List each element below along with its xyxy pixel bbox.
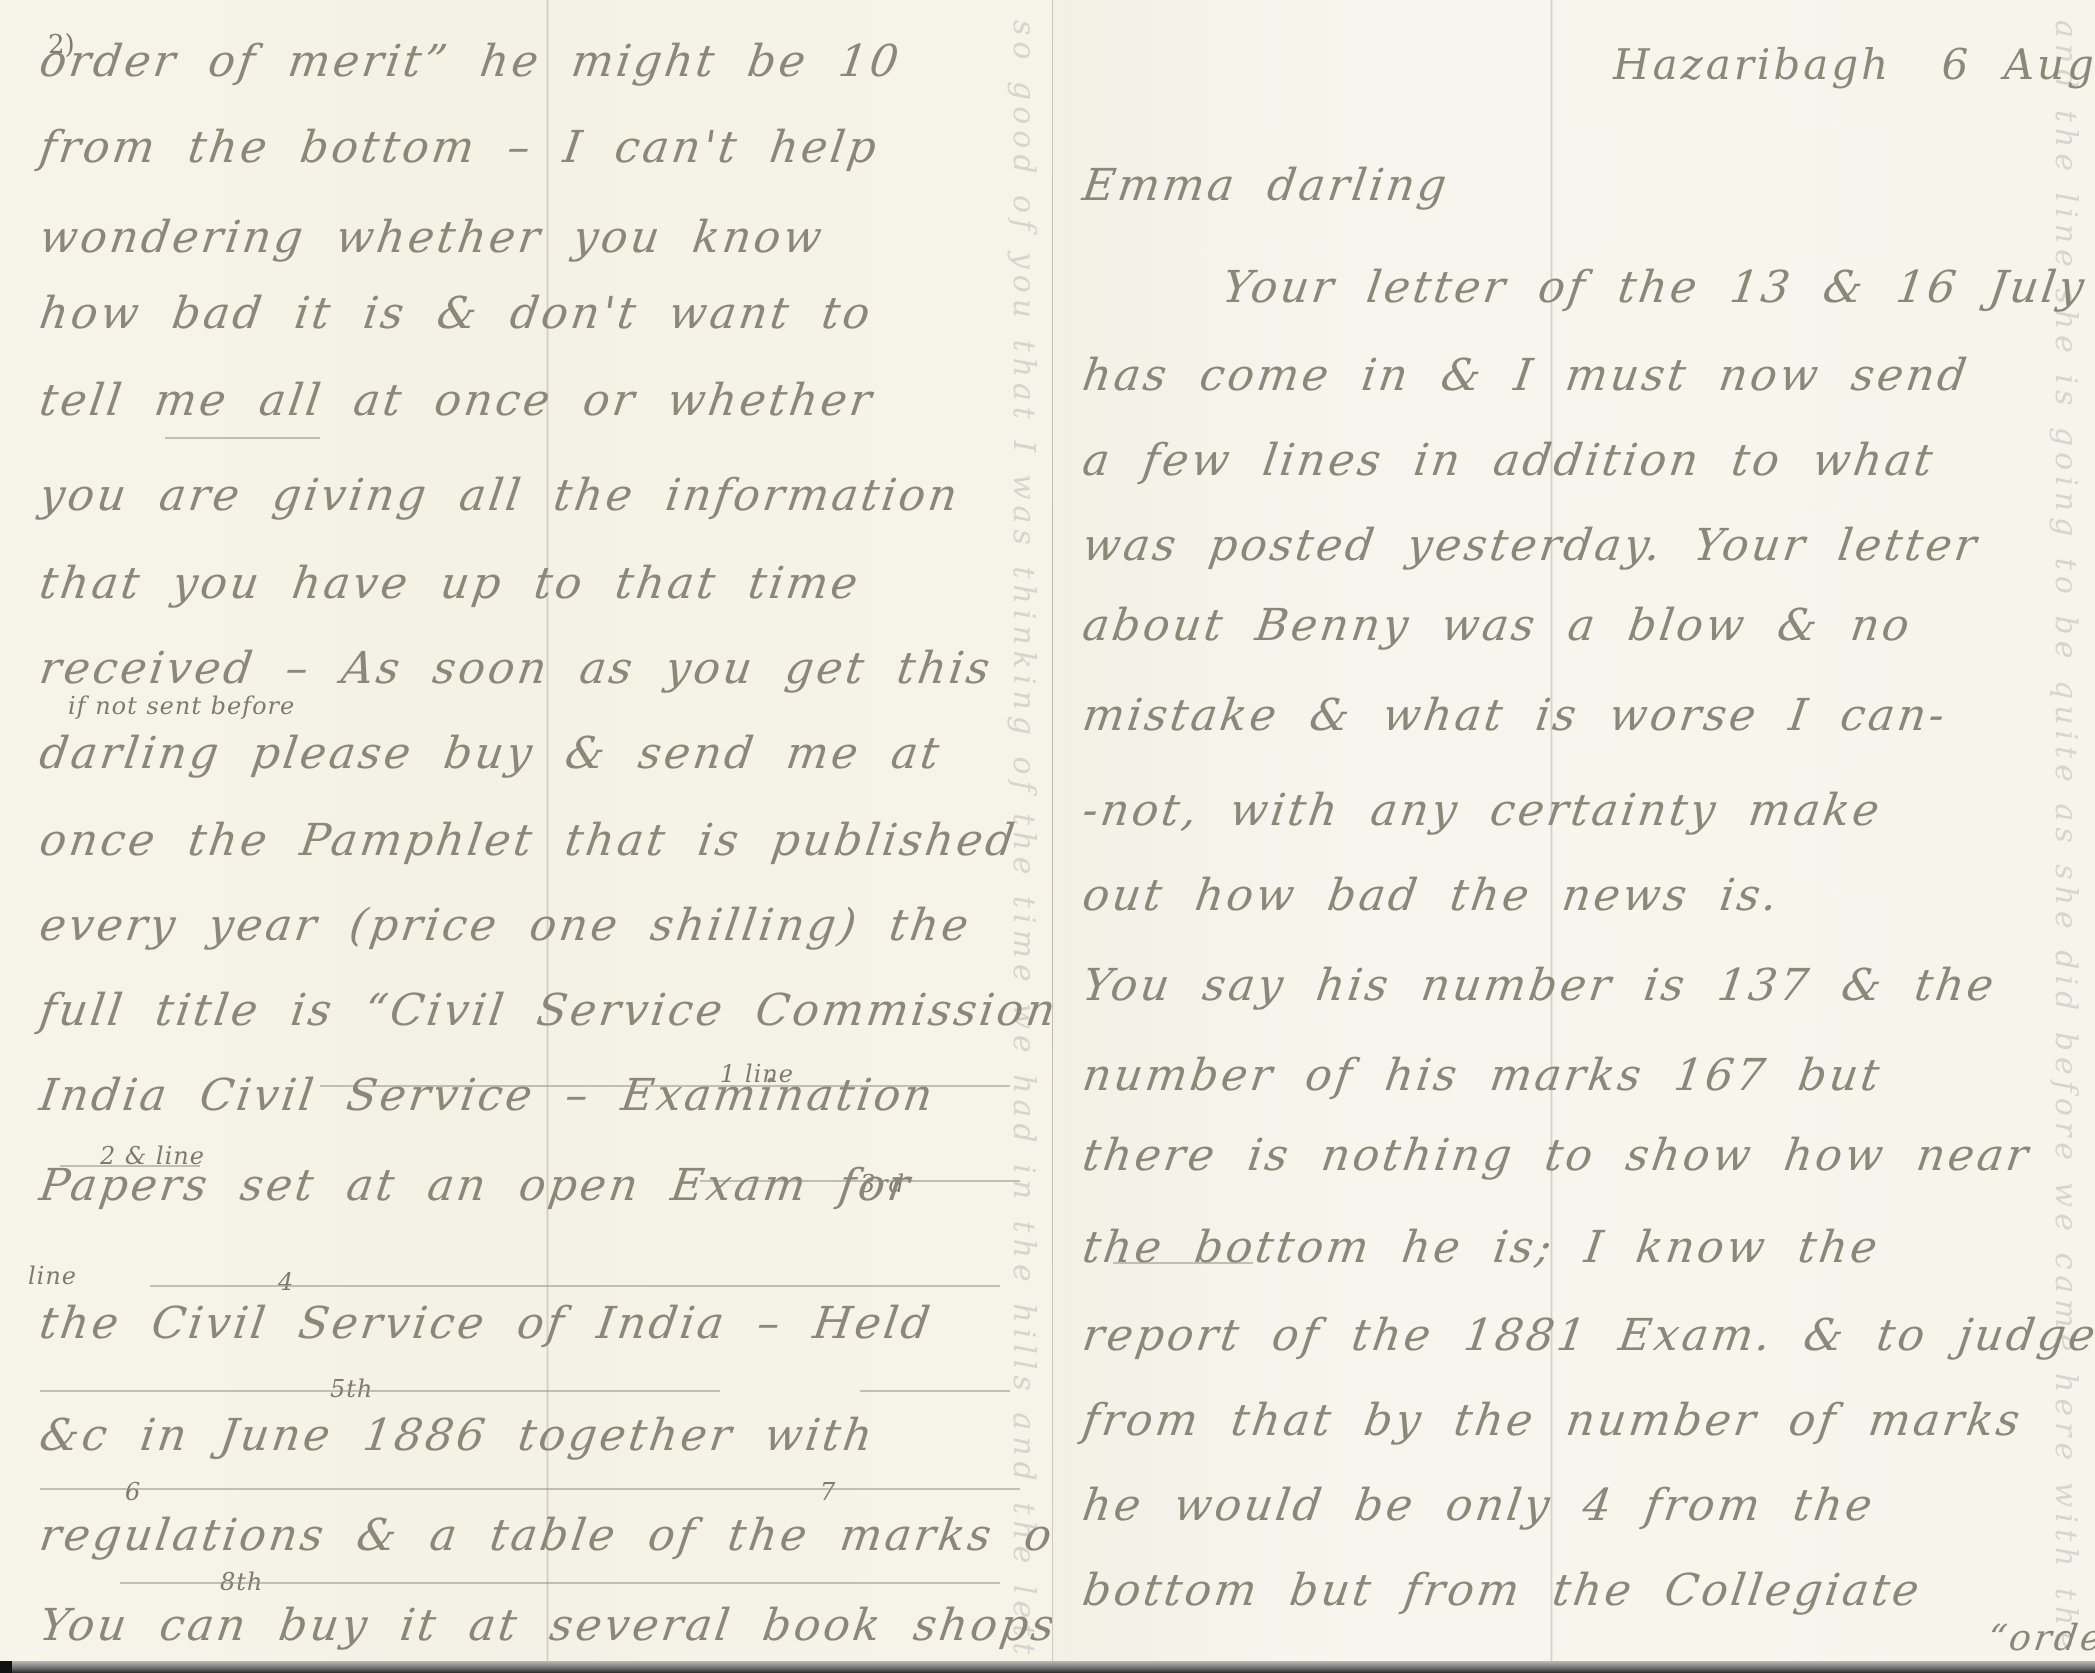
right-line-11: there is nothing to show how near — [1079, 1130, 2034, 1181]
left-line-2: from the bottom – I can't help — [36, 122, 882, 173]
rule-line-14 — [150, 1285, 1000, 1287]
right-line-3: a few lines in addition to what — [1079, 435, 1938, 486]
left-line-5: tell me all at once or whether — [36, 375, 877, 426]
letter-page-right: and the line she is going to be quite as… — [1053, 0, 2095, 1663]
rule-line-16 — [40, 1488, 1020, 1490]
right-page-text: Hazaribagh 6 Aug 86 Emma darling Your le… — [1053, 0, 2095, 1663]
right-line-16: bottom but from the Collegiate — [1079, 1565, 1925, 1616]
rule-line-15b — [860, 1390, 1010, 1392]
left-line-1: order of merit” he might be 10 — [36, 36, 904, 87]
left-line-9: darling please buy & send me at — [36, 728, 945, 779]
right-line-15: he would be only 4 from the — [1079, 1480, 1878, 1531]
salutation: Emma darling — [1079, 160, 1452, 211]
left-line-12: full title is “Civil Service Commission — [36, 985, 1053, 1036]
left-line-14: Papers set at an open Exam for — [36, 1160, 915, 1211]
letter-date: 6 Aug 86 — [1942, 40, 2095, 89]
right-line-10: number of his marks 167 but — [1079, 1050, 1885, 1101]
left-line-17: regulations & a table of the marks obtai… — [36, 1510, 1053, 1561]
interlinear-line-margin: line — [28, 1262, 77, 1290]
right-line-12: the bottom he is; I know the — [1079, 1222, 1883, 1273]
left-line-18: You can buy it at several book shops — [36, 1600, 1053, 1651]
left-line-8: received – As soon as you get this — [36, 643, 995, 694]
letter-header: Hazaribagh 6 Aug 86 — [1613, 40, 2095, 89]
right-line-1: Your letter of the 13 & 16 July — [1219, 262, 2090, 313]
left-line-13: India Civil Service – Examination — [36, 1070, 938, 1121]
left-line-11: every year (price one shilling) the — [36, 900, 974, 951]
interlinear-5th: 5th — [330, 1375, 373, 1403]
letter-place: Hazaribagh — [1613, 40, 1891, 89]
underline-the-bottom — [1113, 1262, 1253, 1264]
right-line-4: was posted yesterday. Your letter — [1079, 520, 1982, 571]
scan-corner — [0, 1661, 12, 1673]
right-line-2: has come in & I must now send — [1079, 350, 1972, 401]
rule-line-15a — [40, 1390, 720, 1392]
right-line-14: from that by the number of marks — [1079, 1395, 2025, 1446]
right-line-7: -not, with any certainty make — [1079, 785, 1885, 836]
insertion-note: if not sent before — [68, 692, 295, 720]
left-line-4: how bad it is & don't want to — [36, 288, 876, 339]
right-line-13: report of the 1881 Exam. & to judge — [1079, 1310, 2095, 1361]
scan-bottom-edge — [0, 1661, 2095, 1673]
left-line-16: &c in June 1886 together with — [36, 1410, 878, 1461]
left-line-7: that you have up to that time — [36, 558, 863, 609]
interlinear-6: 6 — [125, 1478, 141, 1506]
left-line-6: you are giving all the information — [36, 470, 963, 521]
catchword-order: “order — [1985, 1618, 2095, 1659]
letter-page-left: so good of you that I was thinking of th… — [0, 0, 1053, 1663]
rule-line-17 — [120, 1582, 1000, 1584]
interlinear-7: 7 — [820, 1478, 836, 1506]
left-line-15: the Civil Service of India – Held — [36, 1298, 935, 1349]
interlinear-4: 4 — [278, 1268, 294, 1296]
underline-all-at-once — [165, 437, 320, 439]
left-page-text: 2) order of merit” he might be 10 from t… — [0, 0, 1053, 1663]
right-line-6: mistake & what is worse I can- — [1079, 690, 1950, 741]
right-line-9: You say his number is 137 & the — [1079, 960, 1999, 1011]
right-line-8: out how bad the news is. — [1079, 870, 1783, 921]
left-line-3: wondering whether you know — [36, 212, 827, 263]
left-line-10: once the Pamphlet that is published — [36, 815, 1020, 866]
right-line-5: about Benny was a blow & no — [1079, 600, 1915, 651]
